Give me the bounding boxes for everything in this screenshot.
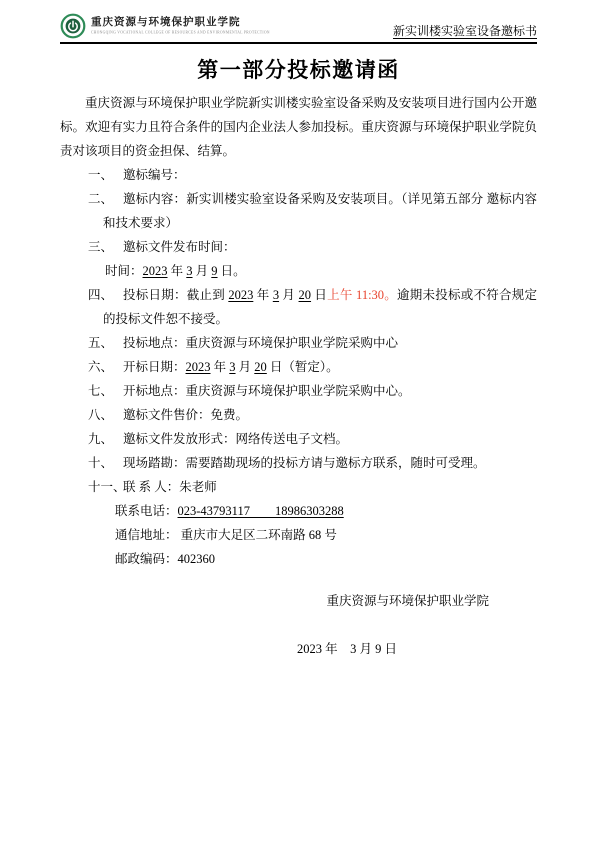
list-item: 十一、联 系 人：朱老师 <box>60 475 537 499</box>
text-segment: 2023 <box>143 264 168 278</box>
list-item: 通信地址： 重庆市大足区二环南路 68 号 <box>60 523 537 547</box>
college-name-cn: 重庆资源与环境保护职业学院 <box>91 17 290 29</box>
header-doc-title: 新实训楼实验室设备邀标书 <box>393 23 537 39</box>
item-list: 一、邀标编号：二、邀标内容：新实训楼实验室设备采购及安装项目。（详见第五部分 邀… <box>60 163 537 571</box>
page-title: 第一部分投标邀请函 <box>60 56 537 86</box>
college-logo: 重庆资源与环境保护职业学院 CHONGQING VOCATIONAL COLLE… <box>60 13 290 39</box>
item-text: 开标地点：重庆资源与环境保护职业学院采购中心。 <box>123 384 411 398</box>
college-name-en: CHONGQING VOCATIONAL COLLEGE OF RESOURCE… <box>91 31 270 35</box>
text-segment: 邀标文件发放形式：网络传送电子文档。 <box>123 432 348 446</box>
intro-paragraph: 重庆资源与环境保护职业学院新实训楼实验室设备采购及安装项目进行国内公开邀标。欢迎… <box>60 91 537 163</box>
text-segment: 投标日期：截止到 <box>123 288 228 302</box>
text-segment: 邀标文件发布时间： <box>123 240 236 254</box>
item-text: 邀标文件发放形式：网络传送电子文档。 <box>123 432 348 446</box>
text-segment: 日（暂定）。 <box>267 360 339 374</box>
item-number: 五、 <box>88 331 113 355</box>
item-text: 投标日期：截止到 2023 年 3 月 20 日上午 11:30。逾期未投标或不… <box>103 288 537 326</box>
text-segment: 日 <box>311 288 327 302</box>
item-text: 开标日期：2023 年 3 月 20 日（暂定）。 <box>123 360 339 374</box>
list-item: 三、邀标文件发布时间： <box>60 235 537 259</box>
item-number: 八、 <box>88 403 113 427</box>
text-segment: 年 <box>168 264 187 278</box>
page-header: 重庆资源与环境保护职业学院 CHONGQING VOCATIONAL COLLE… <box>60 0 537 44</box>
text-segment: 现场踏勘：需要踏勘现场的投标方请与邀标方联系，随时可受理。 <box>123 456 486 470</box>
item-text: 现场踏勘：需要踏勘现场的投标方请与邀标方联系，随时可受理。 <box>123 456 486 470</box>
text-segment: 2023 <box>228 288 253 302</box>
item-number: 七、 <box>88 379 113 403</box>
list-item: 十、现场踏勘：需要踏勘现场的投标方请与邀标方联系，随时可受理。 <box>60 451 537 475</box>
list-item: 五、投标地点：重庆资源与环境保护职业学院采购中心 <box>60 331 537 355</box>
item-text: 时间：2023 年 3 月 9 日。 <box>105 264 246 278</box>
item-number: 四、 <box>88 283 113 307</box>
list-item: 联系电话：023-43793117 18986303288 <box>60 499 537 523</box>
signature-date: 2023 年 3 月 9 日 <box>60 637 537 661</box>
text-segment: 2023 <box>186 360 211 374</box>
list-item: 二、邀标内容：新实训楼实验室设备采购及安装项目。（详见第五部分 邀标内容和技术要… <box>60 187 537 235</box>
list-item: 一、邀标编号： <box>60 163 537 187</box>
list-item: 四、投标日期：截止到 2023 年 3 月 20 日上午 11:30。逾期未投标… <box>60 283 537 331</box>
text-segment: 月 <box>279 288 298 302</box>
text-segment: 月 <box>236 360 255 374</box>
text-segment: 年 <box>253 288 272 302</box>
item-text: 联系电话：023-43793117 18986303288 <box>115 504 344 518</box>
text-segment: 邀标文件售价：免费。 <box>123 408 248 422</box>
item-text: 邀标编号： <box>123 168 186 182</box>
text-segment: 邀标编号： <box>123 168 186 182</box>
text-segment: 时间： <box>105 264 143 278</box>
list-item: 九、邀标文件发放形式：网络传送电子文档。 <box>60 427 537 451</box>
text-segment: 20 <box>299 288 312 302</box>
item-text: 投标地点：重庆资源与环境保护职业学院采购中心 <box>123 336 398 350</box>
text-segment: 投标地点：重庆资源与环境保护职业学院采购中心 <box>123 336 398 350</box>
text-segment: 20 <box>254 360 267 374</box>
college-logo-icon <box>60 13 86 39</box>
text-segment: 开标地点：重庆资源与环境保护职业学院采购中心。 <box>123 384 411 398</box>
text-segment: 上午 11:30。 <box>327 288 397 302</box>
item-text: 邀标文件售价：免费。 <box>123 408 248 422</box>
item-text: 通信地址： 重庆市大足区二环南路 68 号 <box>115 528 337 542</box>
text-segment: 日。 <box>218 264 246 278</box>
text-segment: 年 <box>211 360 230 374</box>
text-segment: 023-43793117 18986303288 <box>178 504 344 518</box>
item-text: 邀标内容：新实训楼实验室设备采购及安装项目。（详见第五部分 邀标内容和技术要求） <box>103 192 537 230</box>
list-item: 七、开标地点：重庆资源与环境保护职业学院采购中心。 <box>60 379 537 403</box>
text-segment: 联系电话： <box>115 504 178 518</box>
text-segment: 邀标内容：新实训楼实验室设备采购及安装项目。（详见第五部分 邀标内容和技术要求） <box>103 192 537 230</box>
item-text: 联 系 人：朱老师 <box>123 480 217 494</box>
item-text: 邮政编码：402360 <box>115 552 215 566</box>
list-item: 时间：2023 年 3 月 9 日。 <box>60 259 537 283</box>
list-item: 六、开标日期：2023 年 3 月 20 日（暂定）。 <box>60 355 537 379</box>
text-segment: 邮政编码：402360 <box>115 552 215 566</box>
list-item: 八、邀标文件售价：免费。 <box>60 403 537 427</box>
item-number: 六、 <box>88 355 113 379</box>
text-segment: 月 <box>193 264 212 278</box>
document-page: 重庆资源与环境保护职业学院 CHONGQING VOCATIONAL COLLE… <box>0 0 595 841</box>
text-segment: 开标日期： <box>123 360 186 374</box>
item-number: 十、 <box>88 451 113 475</box>
signature-org: 重庆资源与环境保护职业学院 <box>60 589 537 613</box>
list-item: 邮政编码：402360 <box>60 547 537 571</box>
item-text: 邀标文件发布时间： <box>123 240 236 254</box>
item-number: 九、 <box>88 427 113 451</box>
item-number: 三、 <box>88 235 113 259</box>
college-logo-text: 重庆资源与环境保护职业学院 CHONGQING VOCATIONAL COLLE… <box>91 17 290 35</box>
item-number: 十一、 <box>88 475 126 499</box>
text-segment: 联 系 人：朱老师 <box>123 480 217 494</box>
item-number: 二、 <box>88 187 113 211</box>
text-segment: 通信地址： 重庆市大足区二环南路 68 号 <box>115 528 337 542</box>
item-number: 一、 <box>88 163 113 187</box>
